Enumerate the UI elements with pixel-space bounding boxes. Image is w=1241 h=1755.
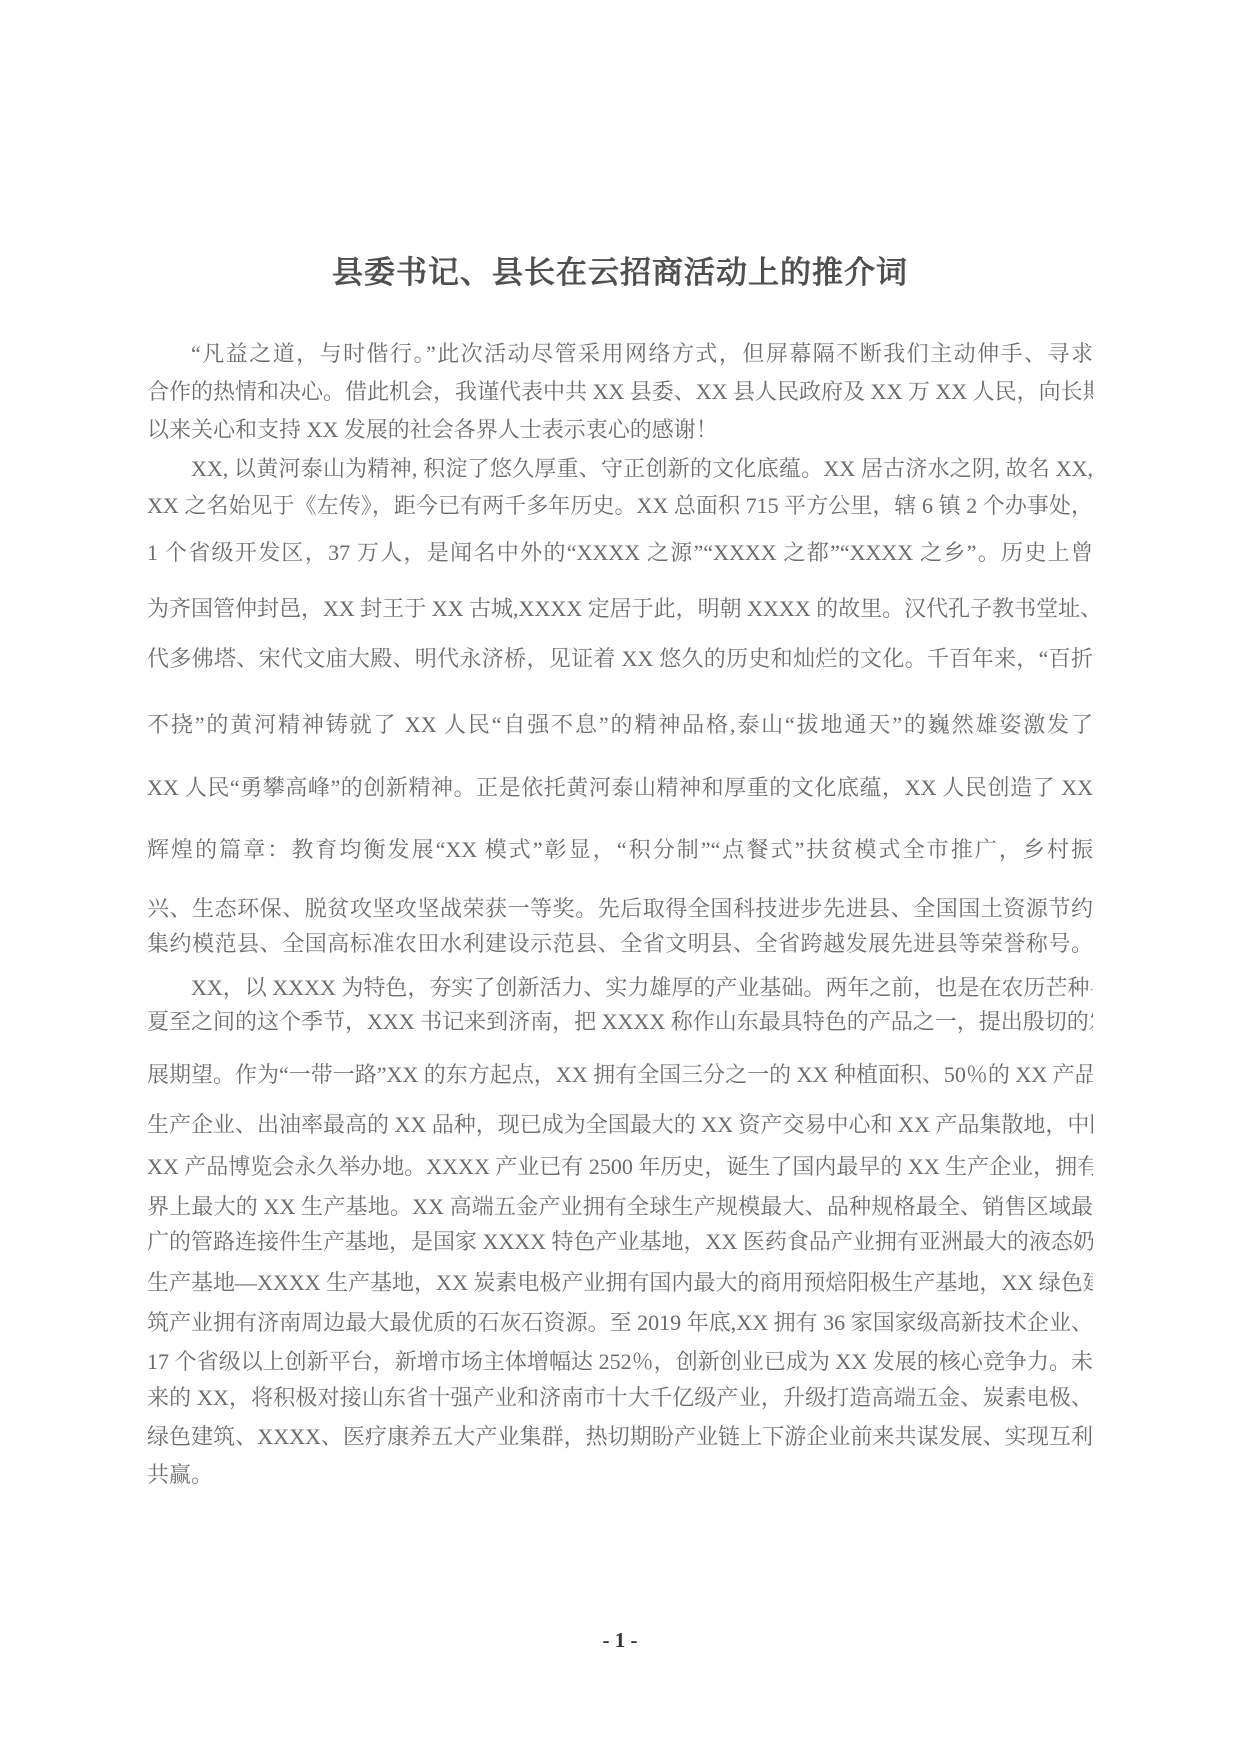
document-title: 县委书记、县长在云招商活动上的推介词: [147, 247, 1093, 292]
body-line: 共赢。: [147, 1460, 1093, 1490]
body-line: 代多佛塔、宋代文庙大殿、明代永济桥，见证着 XX 悠久的历史和灿烂的文化。千百年…: [147, 644, 1093, 674]
body-line: 广的管路连接件生产基地，是国家 XXXX 特色产业基地，XX 医药食品产业拥有亚…: [147, 1227, 1093, 1257]
body-line: 集约模范县、全国高标准农田水利建设示范县、全省文明县、全省跨越发展先进县等荣誉称…: [147, 929, 1093, 959]
body-line: “凡益之道，与时偕行。”此次活动尽管采用网络方式，但屏幕隔不断我们主动伸手、寻求: [147, 339, 1093, 369]
body-line: 以来关心和支持 XX 发展的社会各界人士表示衷心的感谢！: [147, 415, 1093, 445]
body-line: 来的 XX，将积极对接山东省十强产业和济南市十大千亿级产业，升级打造高端五金、炭…: [147, 1383, 1093, 1413]
body-line: 兴、生态环保、脱贫攻坚攻坚战荣获一等奖。先后取得全国科技进步先进县、全国国土资源…: [147, 894, 1093, 924]
body-line: 生产企业、出油率最高的 XX 品种，现已成为全国最大的 XX 资产交易中心和 X…: [147, 1110, 1093, 1140]
document-page: 县委书记、县长在云招商活动上的推介词 “凡益之道，与时偕行。”此次活动尽管采用网…: [0, 0, 1241, 1755]
body-line: 展期望。作为“一带一路”XX 的东方起点，XX 拥有全国三分之一的 XX 种植面…: [147, 1060, 1093, 1090]
body-line: 不挠”的黄河精神铸就了 XX 人民“自强不息”的精神品格,泰山“拔地通天”的巍然…: [147, 710, 1093, 740]
body-line: XX, 以黄河泰山为精神, 积淀了悠久厚重、守正创新的文化底蕴。XX 居古济水之…: [147, 454, 1093, 484]
body-line: 筑产业拥有济南周边最大最优质的石灰石资源。至 2019 年底,XX 拥有 36 …: [147, 1308, 1093, 1338]
body-line: XX 人民“勇攀高峰”的创新精神。正是依托黄河泰山精神和厚重的文化底蕴，XX 人…: [147, 773, 1093, 803]
body-line: XX 之名始见于《左传》，距今已有两千多年历史。XX 总面积 715 平方公里，…: [147, 491, 1093, 521]
page-number: - 1 -: [147, 1628, 1093, 1653]
body-line: 合作的热情和决心。借此机会，我谨代表中共 XX 县委、XX 县人民政府及 XX …: [147, 377, 1093, 407]
body-line: 生产基地—XXXX 生产基地，XX 炭素电极产业拥有国内最大的商用预焙阳极生产基…: [147, 1268, 1093, 1298]
body-line: 为齐国管仲封邑，XX 封王于 XX 古城,XXXX 定居于此，明朝 XXXX 的…: [147, 594, 1093, 624]
body-line: 17 个省级以上创新平台，新增市场主体增幅达 252％，创新创业已成为 XX 发…: [147, 1347, 1093, 1377]
body-line: 界上最大的 XX 生产基地。XX 高端五金产业拥有全球生产规模最大、品种规格最全…: [147, 1192, 1093, 1222]
body-line: 绿色建筑、XXXX、医疗康养五大产业集群，热切期盼产业链上下游企业前来共谋发展、…: [147, 1422, 1093, 1452]
body-line: 1 个省级开发区，37 万人，是闻名中外的“XXXX 之源”“XXXX 之都”“…: [147, 538, 1093, 568]
body-line: 夏至之间的这个季节，XXX 书记来到济南，把 XXXX 称作山东最具特色的产品之…: [147, 1007, 1093, 1037]
body-line: XX 产品博览会永久举办地。XXXX 产业已有 2500 年历史，诞生了国内最早…: [147, 1152, 1093, 1182]
body-line: XX，以 XXXX 为特色，夯实了创新活力、实力雄厚的产业基础。两年之前，也是在…: [147, 973, 1093, 1003]
body-line: 辉煌的篇章：教育均衡发展“XX 模式”彰显，“积分制”“点餐式”扶贫模式全市推广…: [147, 835, 1093, 865]
